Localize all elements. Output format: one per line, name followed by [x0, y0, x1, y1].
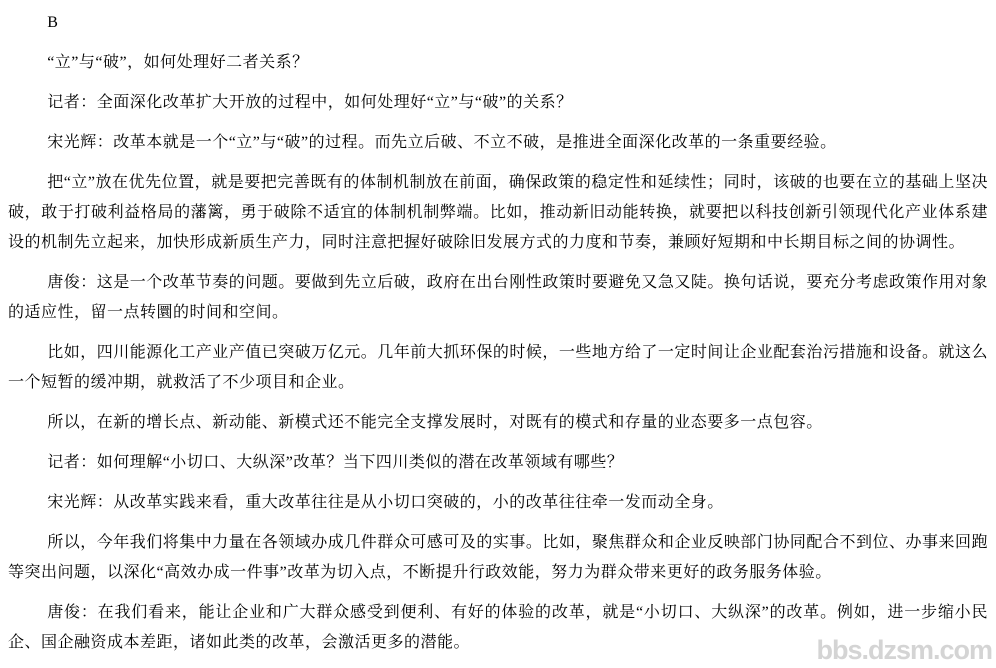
document-page: B “立”与“破”，如何处理好二者关系？ 记者：全面深化改革扩大开放的过程中，如…: [0, 0, 996, 668]
article-title: “立”与“破”，如何处理好二者关系？: [8, 48, 988, 78]
site-watermark: bbs.dzsm.com: [816, 635, 992, 666]
paragraph-reporter-question-2: 记者：如何理解“小切口、大纵深”改革？当下四川类似的潜在改革领域有哪些？: [8, 448, 988, 478]
section-label: B: [8, 8, 988, 38]
paragraph-tangjun-answer-2: 比如，四川能源化工产业产值已突破万亿元。几年前大抓环保的时候，一些地方给了一定时…: [8, 338, 988, 398]
paragraph-reporter-question-1: 记者：全面深化改革扩大开放的过程中，如何处理好“立”与“破”的关系？: [8, 88, 988, 118]
paragraph-songguanghui-answer-1: 宋光辉：改革本就是一个“立”与“破”的过程。而先立后破、不立不破，是推进全面深化…: [8, 128, 988, 158]
paragraph-tangjun-answer-1: 唐俊：这是一个改革节奏的问题。要做到先立后破，政府在出台刚性政策时要避免又急又陡…: [8, 268, 988, 328]
paragraph-songguanghui-answer-4: 所以，今年我们将集中力量在各领域办成几件群众可感可及的实事。比如，聚焦群众和企业…: [8, 528, 988, 588]
paragraph-songguanghui-answer-2: 把“立”放在优先位置，就是要把完善既有的体制机制放在前面，确保政策的稳定性和延续…: [8, 168, 988, 258]
paragraph-tangjun-answer-3: 所以，在新的增长点、新动能、新模式还不能完全支撑发展时，对既有的模式和存量的业态…: [8, 408, 988, 438]
paragraph-songguanghui-answer-3: 宋光辉：从改革实践来看，重大改革往往是从小切口突破的，小的改革往往牵一发而动全身…: [8, 488, 988, 518]
